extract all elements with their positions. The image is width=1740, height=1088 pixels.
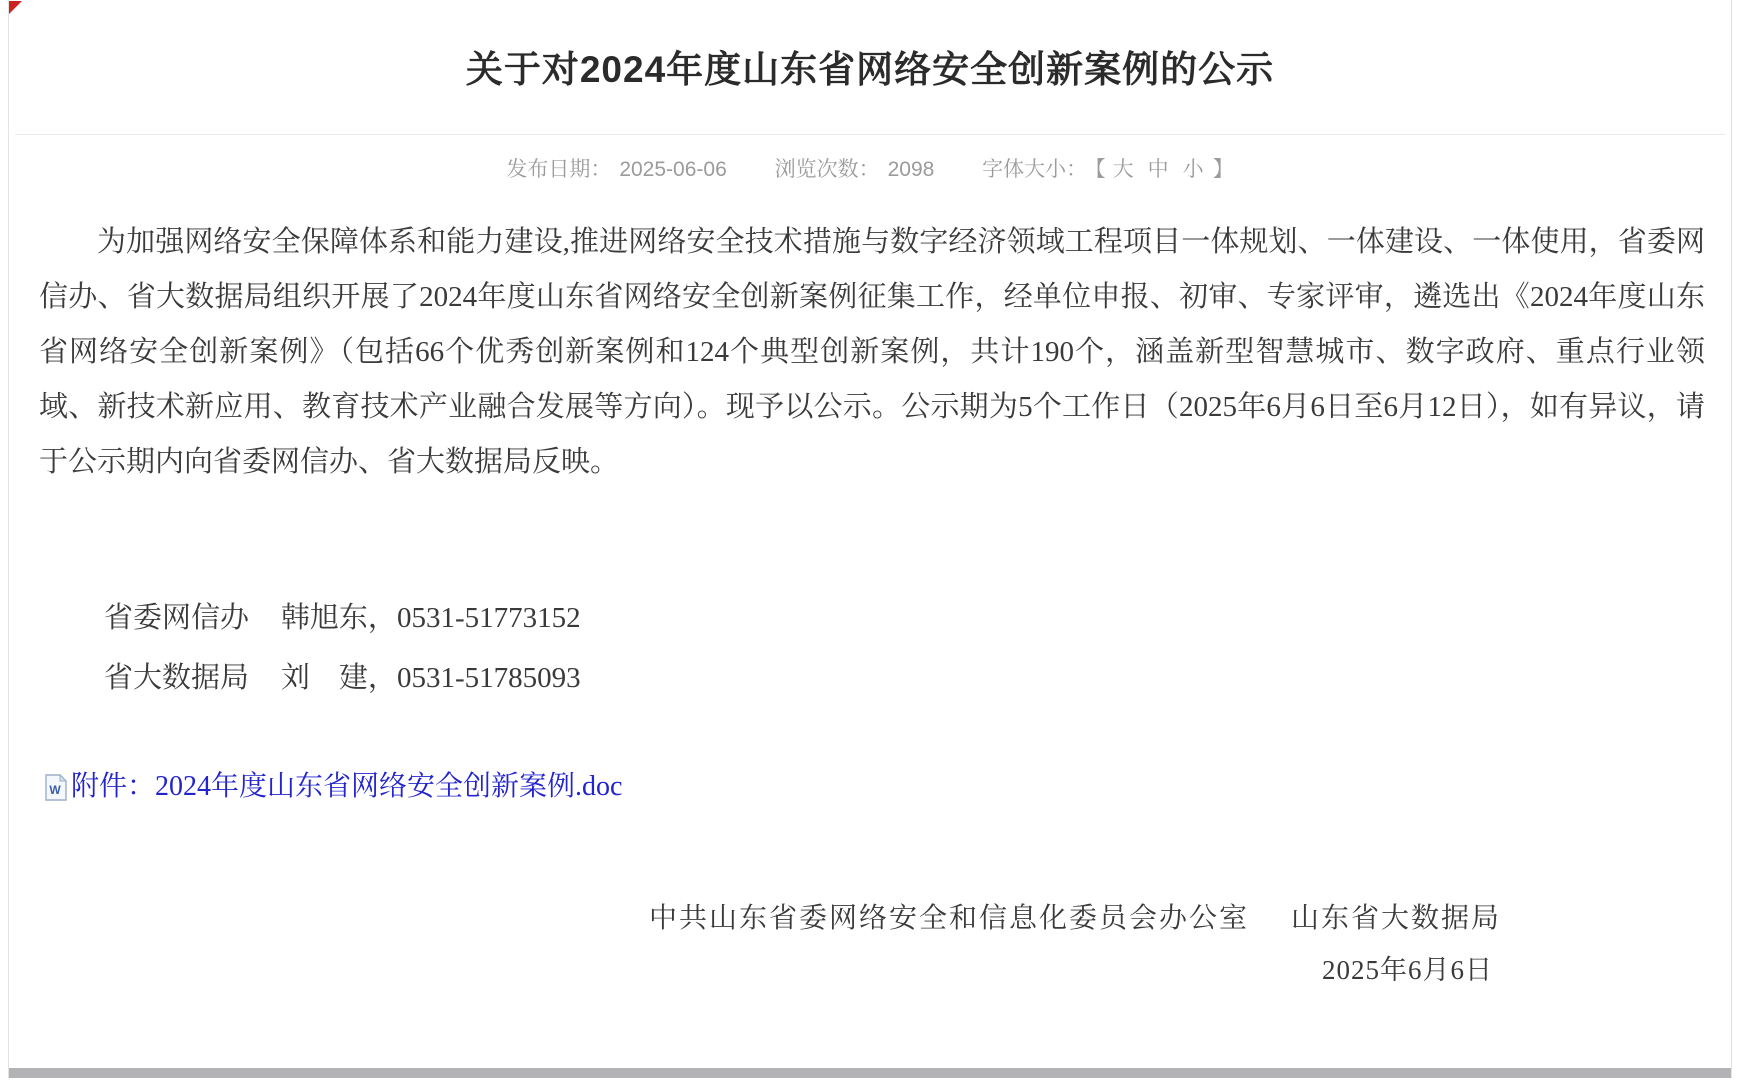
footer-office-left: 中共山东省委网络安全和信息化委员会办公室 (649, 898, 1249, 940)
font-size-medium-button[interactable]: 中 (1148, 158, 1169, 181)
attachment-row: W 附件：2024年度山东省网络安全创新案例.doc (9, 768, 1731, 806)
contact-org: 省委网信办 (104, 602, 249, 634)
contact-line-wangxinban: 省委网信办韩旭东，0531-51773152 (104, 588, 1731, 648)
red-corner-marker (9, 1, 22, 14)
contact-block: 省委网信办韩旭东，0531-51773152 省大数据局刘 建，0531-517… (9, 588, 1731, 708)
footer-office-right: 山东省大数据局 (1291, 898, 1501, 940)
bracket-close: 】 (1213, 158, 1234, 181)
footer-signatures: 中共山东省委网络安全和信息化委员会办公室 山东省大数据局 (9, 898, 1731, 940)
publish-date-label: 发布日期： (506, 158, 611, 181)
announcement-paragraph: 为加强网络安全保障体系和能力建设,推进网络安全技术措施与数字经济领域工程项目一体… (9, 215, 1731, 490)
page-title: 关于对2024年度山东省网络安全创新案例的公示 (9, 0, 1731, 94)
attachment-link[interactable]: 附件：2024年度山东省网络安全创新案例.doc (71, 768, 622, 806)
contact-name: 韩旭东 (281, 602, 368, 634)
word-doc-icon: W (45, 774, 67, 801)
announcement-page: 关于对2024年度山东省网络安全创新案例的公示 发布日期：2025-06-06 … (8, 0, 1732, 1078)
publish-date-group: 发布日期：2025-06-06 (506, 158, 726, 181)
contact-separator: ， (368, 662, 397, 694)
attachment-label: 附件： (71, 771, 155, 802)
svg-text:W: W (49, 783, 61, 797)
footer-date: 2025年6月6日 (1322, 955, 1493, 985)
font-size-small-button[interactable]: 小 (1183, 158, 1204, 181)
publish-date-value: 2025-06-06 (619, 158, 726, 181)
contact-name: 刘 建 (281, 662, 368, 694)
bottom-edge-bar (9, 1068, 1731, 1078)
meta-bar: 发布日期：2025-06-06 浏览次数：2098 字体大小：【大中小】 (9, 155, 1731, 185)
bracket-open: 【 (1095, 158, 1106, 181)
views-label: 浏览次数： (775, 158, 880, 181)
title-divider (15, 134, 1725, 135)
contact-line-dashujuju: 省大数据局刘 建，0531-51785093 (104, 648, 1731, 708)
font-size-large-button[interactable]: 大 (1113, 158, 1134, 181)
contact-phone: 0531-51785093 (397, 662, 581, 694)
contact-separator: ， (368, 602, 397, 634)
footer-date-row: 2025年6月6日 (9, 950, 1731, 990)
views-group: 浏览次数：2098 (775, 158, 935, 181)
attachment-file-name: 2024年度山东省网络安全创新案例.doc (155, 771, 622, 802)
views-value: 2098 (888, 158, 935, 181)
font-size-label: 字体大小： (982, 158, 1087, 181)
contact-org: 省大数据局 (104, 662, 249, 694)
contact-phone: 0531-51773152 (397, 602, 581, 634)
font-size-group: 字体大小：【大中小】 (982, 158, 1234, 181)
